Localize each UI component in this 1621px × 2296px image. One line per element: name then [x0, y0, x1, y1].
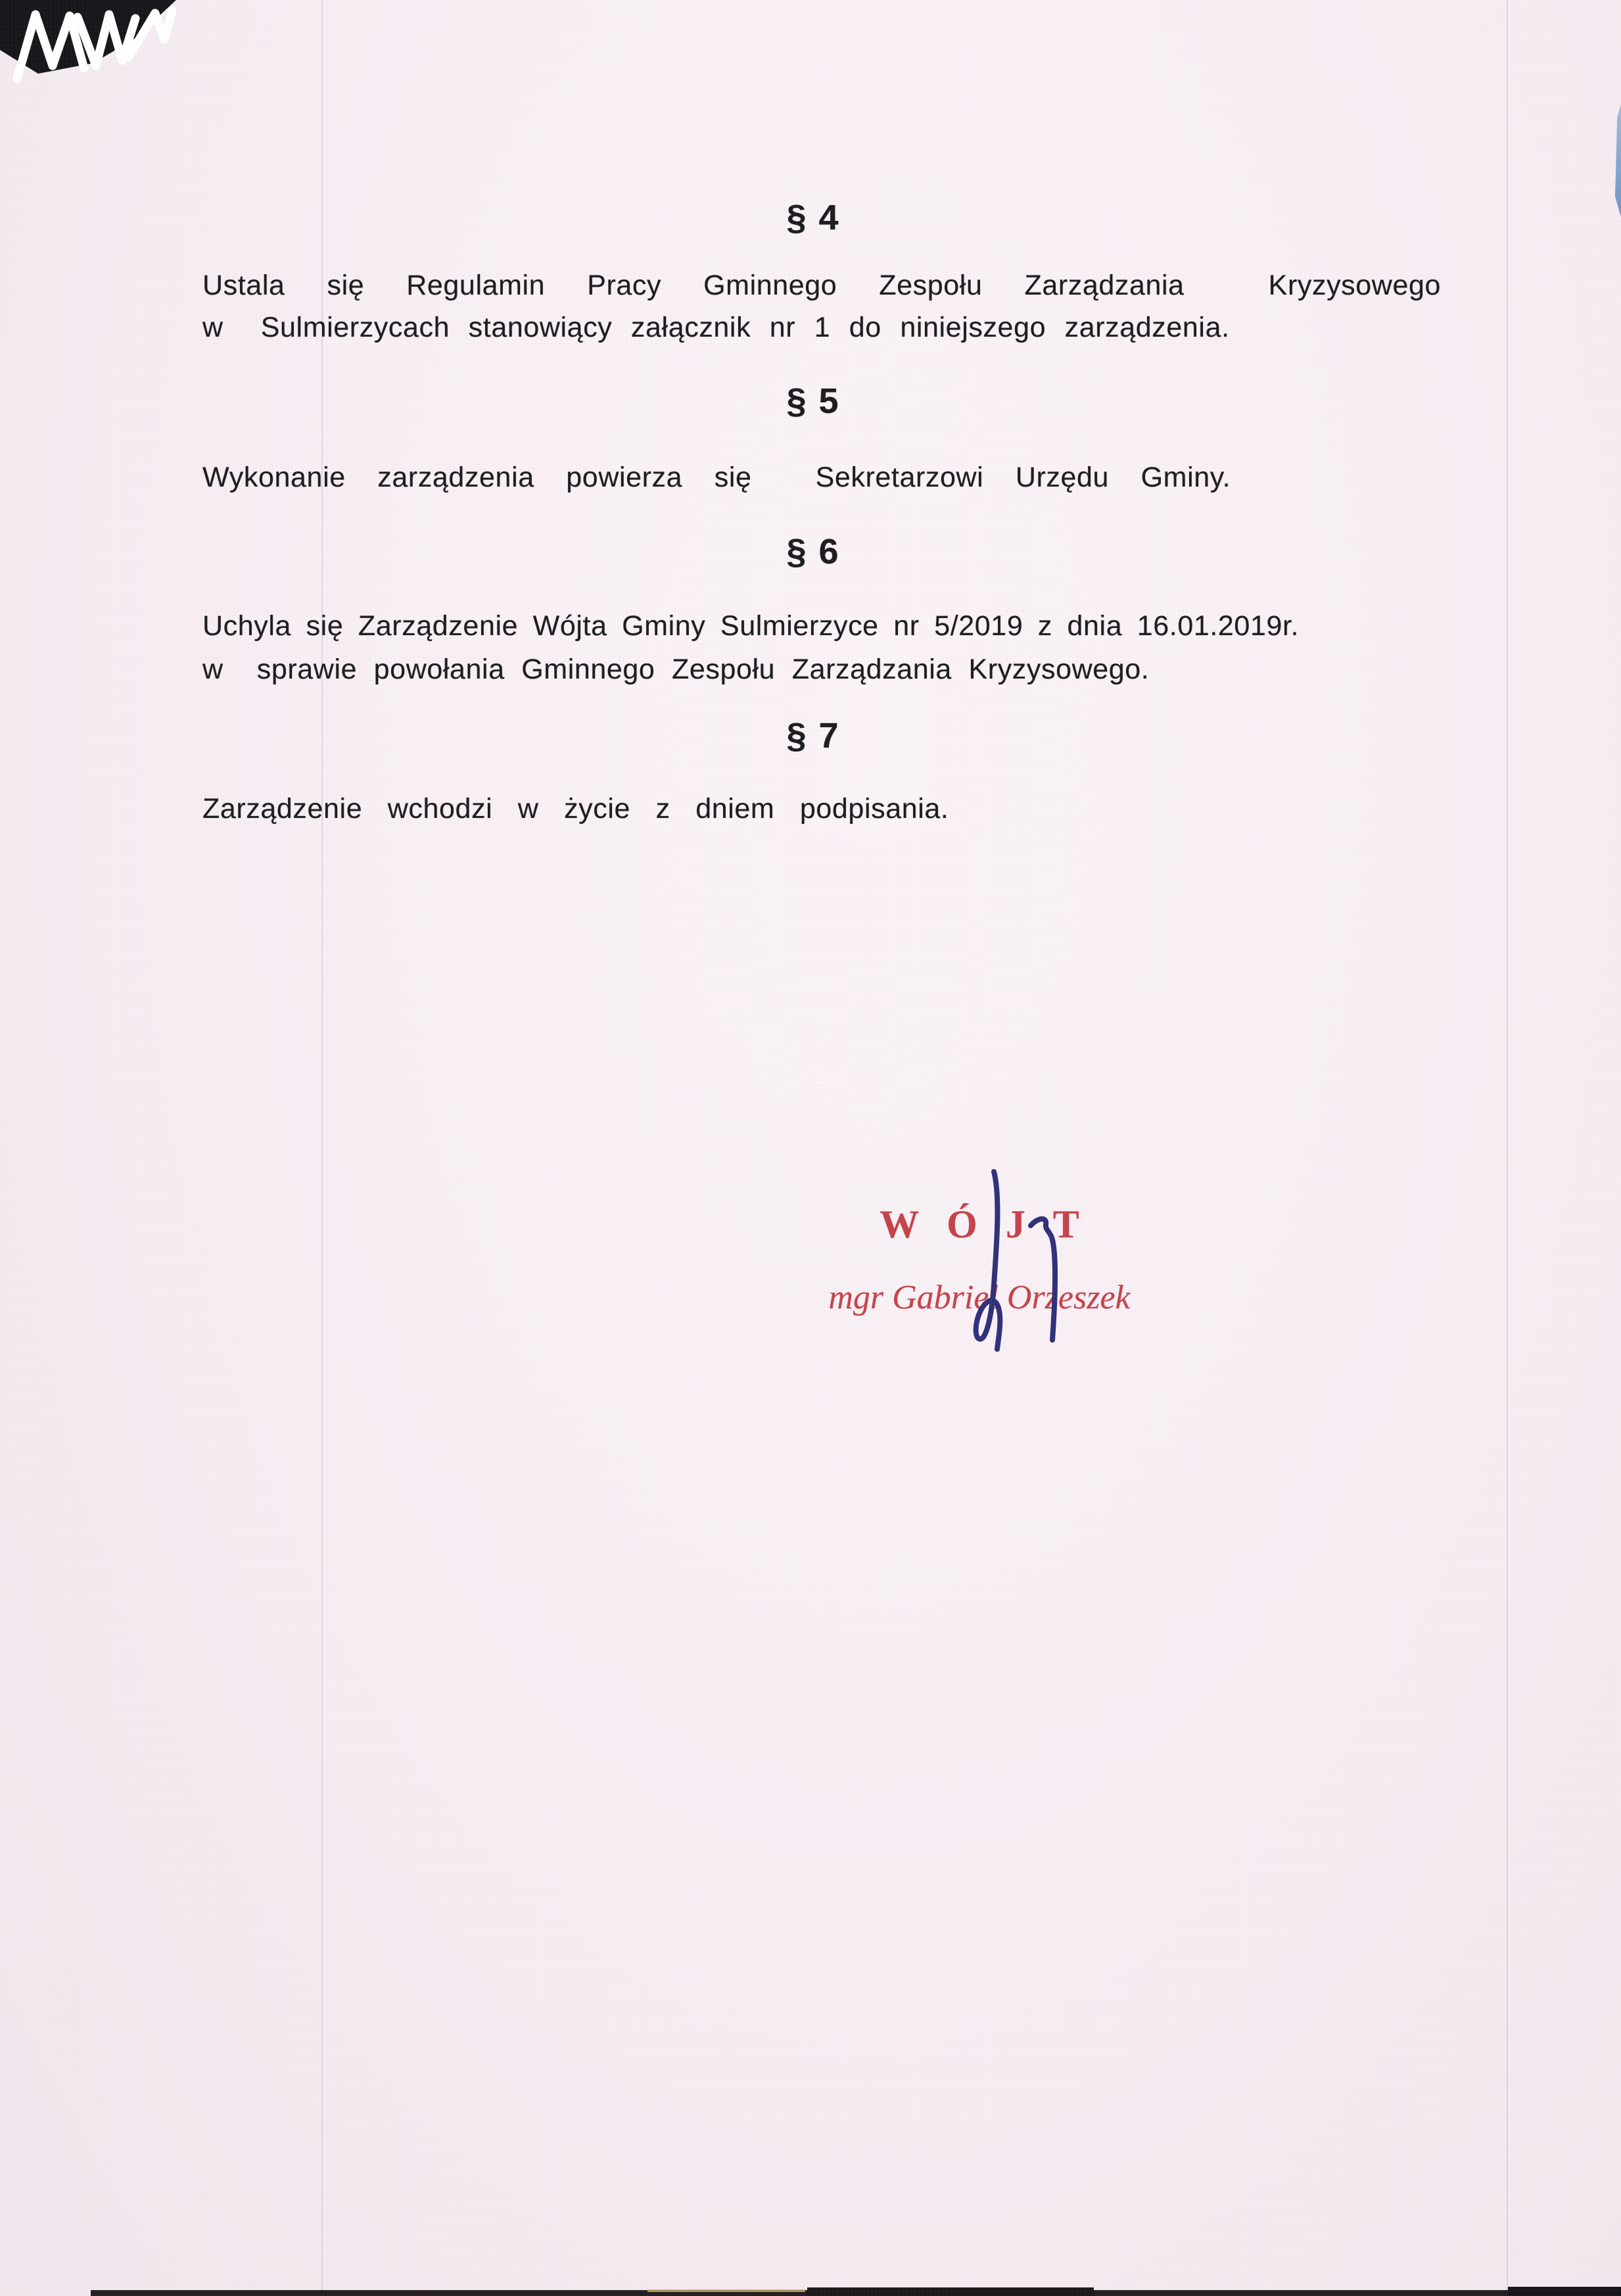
- right-edge-scan-sliver: [1615, 104, 1621, 217]
- section-6-line-1: Uchyla się Zarządzenie Wójta Gminy Sulmi…: [202, 605, 1441, 647]
- section-heading-7: § 7: [202, 718, 1424, 753]
- signature-strokes: [976, 1172, 1055, 1349]
- section-4-line-1: Ustala się Regulamin Pracy Gminnego Zesp…: [202, 264, 1441, 306]
- signature-ink: [953, 1168, 1085, 1365]
- bottom-scan-strip-center: [807, 2287, 1094, 2296]
- section-heading-4: § 4: [202, 200, 1424, 235]
- bottom-scan-strip-gold: [647, 2289, 805, 2292]
- section-6-line-2: w sprawie powołania Gminnego Zespołu Zar…: [202, 648, 1441, 690]
- section-heading-5: § 5: [202, 383, 1424, 419]
- section-4-line-2: w Sulmierzycach stanowiący załącznik nr …: [202, 306, 1441, 348]
- corner-scan-artifact: [0, 0, 197, 99]
- section-5-line-1: Wykonanie zarządzenia powierza się Sekre…: [202, 456, 1441, 498]
- bottom-scan-strip-right: [1508, 2287, 1621, 2296]
- section-7-line-1: Zarządzenie wchodzi w życie z dniem podp…: [202, 788, 1441, 830]
- scanned-document-page: § 4 Ustala się Regulamin Pracy Gminnego …: [0, 0, 1621, 2296]
- section-heading-6: § 6: [202, 534, 1424, 569]
- page-fold-line-right: [1507, 0, 1508, 2296]
